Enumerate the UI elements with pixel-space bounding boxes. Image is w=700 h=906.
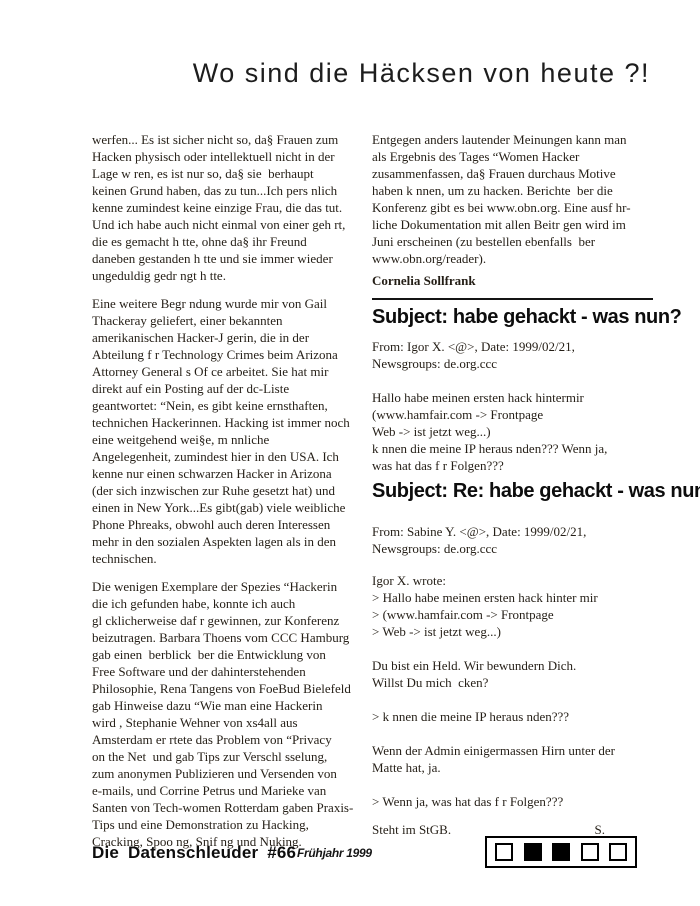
section-divider-rule bbox=[372, 298, 653, 300]
scanned-magazine-page: Wo sind die Häcksen von heute ?! werfen.… bbox=[0, 0, 700, 906]
pagination-mark-filled bbox=[524, 843, 542, 861]
author-byline: Cornelia Sollfrank bbox=[372, 272, 653, 289]
body-paragraph: werfen... Es ist sicher nicht so, da§ Fr… bbox=[92, 131, 370, 284]
pagination-mark-empty bbox=[581, 843, 599, 861]
newsgroup-reply-meta: From: Sabine Y. <@>, Date: 1999/02/21, N… bbox=[372, 523, 653, 557]
conclusion-paragraph: Entgegen anders lautender Meinungen kann… bbox=[372, 131, 653, 267]
right-text-column: Entgegen anders lautender Meinungen kann… bbox=[372, 131, 653, 838]
signature-left: Steht im StGB. bbox=[372, 821, 451, 838]
newsgroup-post-meta: From: Igor X. <@>, Date: 1999/02/21, New… bbox=[372, 338, 653, 372]
magazine-title: Die Datenschleuder #66 bbox=[92, 843, 296, 863]
newsgroup-post-subject: Subject: habe gehackt - was nun? bbox=[372, 306, 653, 329]
pagination-mark-empty bbox=[609, 843, 627, 861]
body-paragraph: Die wenigen Exemplare der Spezies “Hacke… bbox=[92, 578, 370, 850]
page-title: Wo sind die Häcksen von heute ?! bbox=[0, 58, 650, 89]
pagination-marks bbox=[485, 836, 637, 868]
left-text-column: werfen... Es ist sicher nicht so, da§ Fr… bbox=[92, 131, 370, 850]
newsgroup-reply-subject: Subject: Re: habe gehackt - was nun? bbox=[372, 480, 653, 503]
pagination-mark-empty bbox=[495, 843, 513, 861]
newsgroup-reply-body: Igor X. wrote: > Hallo habe meinen erste… bbox=[372, 572, 653, 810]
issue-date: Frühjahr 1999 bbox=[297, 846, 372, 860]
body-paragraph: Eine weitere Begr ndung wurde mir von Ga… bbox=[92, 295, 370, 567]
pagination-mark-filled bbox=[552, 843, 570, 861]
newsgroup-post-body: Hallo habe meinen ersten hack hintermir … bbox=[372, 389, 653, 474]
